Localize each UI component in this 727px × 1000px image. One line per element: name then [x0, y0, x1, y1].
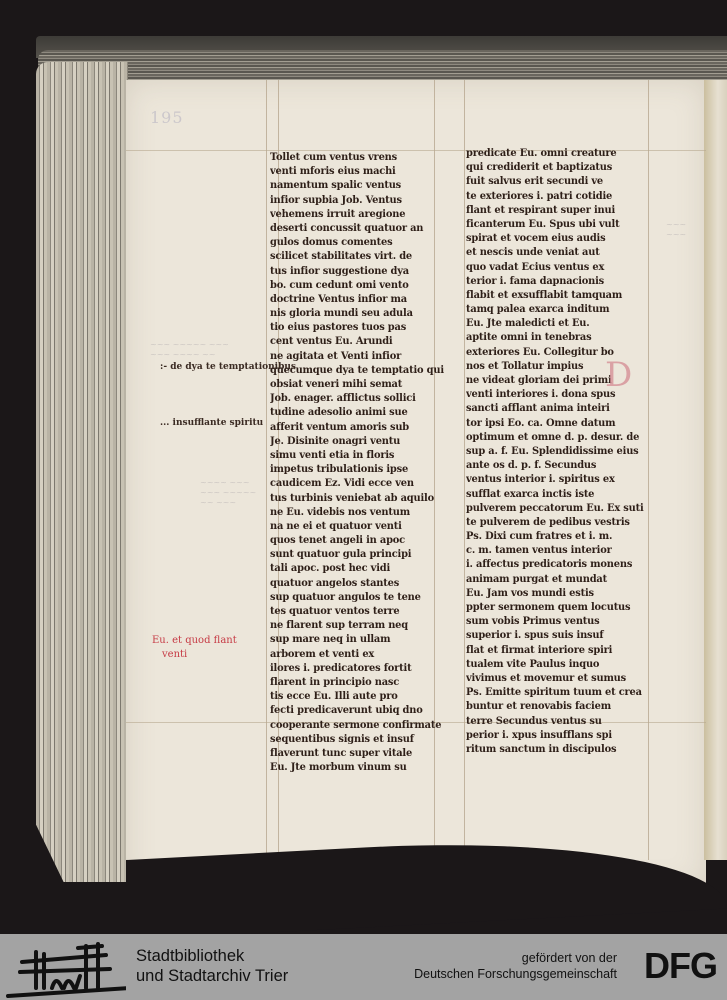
facing-page-gutter [704, 80, 727, 860]
manuscript-line: sup quatuor angulos te tene [270, 590, 437, 604]
page-stack-top-edge [38, 50, 727, 80]
manuscript-line: sup mare neq in ullam [270, 632, 437, 646]
manuscript-line: afferit ventum amoris sub [270, 420, 437, 434]
manuscript-line: deserti concussit quatuor an [270, 221, 437, 235]
manuscript-line: Ps. Dixi cum fratres et i. m. [466, 529, 645, 543]
manuscript-line: quatuor angelos stantes [270, 576, 437, 590]
margin-note: :- de dya te temptationibus [160, 362, 296, 372]
manuscript-line: impetus tribulationis ipse [270, 462, 437, 476]
manuscript-line: et nescis unde veniat aut [466, 245, 645, 259]
manuscript-line: sup a. f. Eu. Splendidissime eius [466, 444, 645, 458]
manuscript-line: tudine adesolio animi sue [270, 405, 437, 419]
manuscript-line: tali apoc. post hec vidi [270, 561, 437, 575]
manuscript-line: sequentibus signis et insuf [270, 732, 437, 746]
manuscript-line: fuit salvus erit secundi ve [466, 174, 645, 188]
manuscript-line: ventus interior i. spiritus ex [466, 472, 645, 486]
manuscript-line: flabit et exsufflabit tamquam [466, 288, 645, 302]
text-column-left: Tollet cum ventus vrensventi mforis eius… [270, 150, 450, 774]
manuscript-line: Eu. Jam vos mundi estis [466, 586, 645, 600]
manuscript-line: vehemens irruit aregione [270, 207, 437, 221]
margin-note-rubric: venti [162, 648, 187, 661]
manuscript-line: tes quatuor ventos terre [270, 604, 437, 618]
manuscript-line: cent ventus Eu. Arundi [270, 334, 437, 348]
manuscript-line: caudicem Ez. Vidi ecce ven [270, 476, 437, 490]
show-through-text: ~~~ ~~~~~ ~~~~~~ ~~~~ ~~ [150, 340, 229, 360]
page-stack-fore-edge [36, 62, 128, 882]
manuscript-line: perior i. xpus insufflans spi [466, 728, 645, 742]
institution-name: Stadtbibliothek und Stadtarchiv Trier [136, 946, 288, 986]
manuscript-line: sancti afflant anima inteiri [466, 401, 645, 415]
manuscript-line: ne flarent sup terram neq [270, 618, 437, 632]
manuscript-line: vivimus et movemur et sumus [466, 671, 645, 685]
stadtbibliothek-trier-logo-icon [6, 940, 126, 998]
manuscript-line: scilicet stabilitates virt. de [270, 249, 437, 263]
manuscript-line: superior i. spus suis insuf [466, 628, 645, 642]
manuscript-line: gulos domus comentes [270, 235, 437, 249]
manuscript-line: ne agitata et Venti infior [270, 349, 437, 363]
manuscript-line: Je. Disinite onagri ventu [270, 434, 437, 448]
manuscript-line: ne Eu. videbis nos ventum [270, 505, 437, 519]
manuscript-line: nis gloria mundi seu adula [270, 306, 437, 320]
manuscript-line: Tollet cum ventus vrens [270, 150, 437, 164]
manuscript-line: flant et respirant super inui [466, 203, 645, 217]
manuscript-line: terior i. fama dapnacionis [466, 274, 645, 288]
manuscript-line: tualem vite Paulus inquo [466, 657, 645, 671]
manuscript-line: quos tenet angeli in apoc [270, 533, 437, 547]
footer-banner: Stadtbibliothek und Stadtarchiv Trier ge… [0, 934, 727, 1000]
show-through-text: ~~~~~~ [666, 220, 686, 240]
manuscript-line: ficanterum Eu. Spus ubi vult [466, 217, 645, 231]
manuscript-line: bo. cum cedunt omi vento [270, 278, 437, 292]
manuscript-line: arborem et venti ex [270, 647, 437, 661]
manuscript-line: predicate Eu. omni creature [466, 146, 645, 160]
manuscript-line: c. m. tamen ventus interior [466, 543, 645, 557]
manuscript-line: ante os d. p. f. Secundus [466, 458, 645, 472]
manuscript-line: tor ipsi Eo. ca. Omne datum [466, 416, 645, 430]
manuscript-line: simu venti etia in floris [270, 448, 437, 462]
manuscript-line: cooperante sermone confirmate [270, 718, 437, 732]
dfg-logo: DFG [644, 946, 717, 986]
show-through-text: ~~~~ ~~~~~~ ~~~~~~~ ~~~ [200, 478, 256, 508]
manuscript-line: te pulverem de pedibus vestris [466, 515, 645, 529]
manuscript-line: quo vadat Ecius ventus ex [466, 260, 645, 274]
manuscript-line: pulverem peccatorum Eu. Ex suti [466, 501, 645, 515]
manuscript-line: infior supbia Job. Ventus [270, 193, 437, 207]
manuscript-line: ppter sermonem quem locutus [466, 600, 645, 614]
manuscript-line: Job. enager. afflictus sollici [270, 391, 437, 405]
manuscript-line: qui crediderit et baptizatus [466, 160, 645, 174]
manuscript-line: terre Secundus ventus su [466, 714, 645, 728]
manuscript-line: tis ecce Eu. Illi aute pro [270, 689, 437, 703]
manuscript-line: buntur et renovabis faciem [466, 699, 645, 713]
manuscript-line: Ps. Emitte spiritum tuum et crea [466, 685, 645, 699]
manuscript-line: flarent in principio nasc [270, 675, 437, 689]
manuscript-line: flaverunt tunc super vitale [270, 746, 437, 760]
margin-note: ... insufflante spiritu [160, 418, 263, 428]
manuscript-line: ritum sanctum in discipulos [466, 742, 645, 756]
manuscript-line: te exteriores i. patri cotidie [466, 189, 645, 203]
manuscript-line: sufflat exarca inctis iste [466, 487, 645, 501]
rubricated-initial: D [605, 355, 632, 395]
manuscript-line: ilores i. predicatores fortit [270, 661, 437, 675]
folio-number: 195 [150, 108, 184, 127]
manuscript-line: sunt quatuor gula principi [270, 547, 437, 561]
manuscript-line: fecti predicaverunt ubiq dno [270, 703, 437, 717]
manuscript-line: tio eius pastores tuos pas [270, 320, 437, 334]
manuscript-line: tamq palea exarca inditum [466, 302, 645, 316]
manuscript-line: obsiat veneri mihi semat [270, 377, 437, 391]
manuscript-line: sum vobis Primus ventus [466, 614, 645, 628]
ruling-line [464, 80, 465, 880]
manuscript-line: tus turbinis veniebat ab aquilo [270, 491, 437, 505]
manuscript-line: Eu. Jte maledicti et Eu. [466, 316, 645, 330]
manuscript-line: animam purgat et mundat [466, 572, 645, 586]
manuscript-line: flat et firmat interiore spiri [466, 643, 645, 657]
manuscript-line: namentum spalic ventus [270, 178, 437, 192]
funder-credit: gefördert von der Deutschen Forschungsge… [414, 950, 617, 982]
manuscript-line: aptite omni in tenebras [466, 330, 645, 344]
manuscript-line: doctrine Ventus infior ma [270, 292, 437, 306]
manuscript-line: optimum et omne d. p. desur. de [466, 430, 645, 444]
manuscript-line: tus infior suggestione dya [270, 264, 437, 278]
manuscript-line: Eu. Jte morbum vinum su [270, 760, 437, 774]
manuscript-line: spirat et vocem eius audis [466, 231, 645, 245]
manuscript-line: venti mforis eius machi [270, 164, 437, 178]
ruling-line [266, 80, 267, 880]
manuscript-image-viewer: 195 Tollet cum ventus vrensventi mforis … [0, 0, 727, 934]
manuscript-line: i. affectus predicatoris monens [466, 557, 645, 571]
manuscript-line: na ne ei et quatuor venti [270, 519, 437, 533]
margin-note-rubric: Eu. et quod flant [152, 634, 237, 647]
text-column-right: predicate Eu. omni creaturequi credideri… [466, 146, 658, 756]
